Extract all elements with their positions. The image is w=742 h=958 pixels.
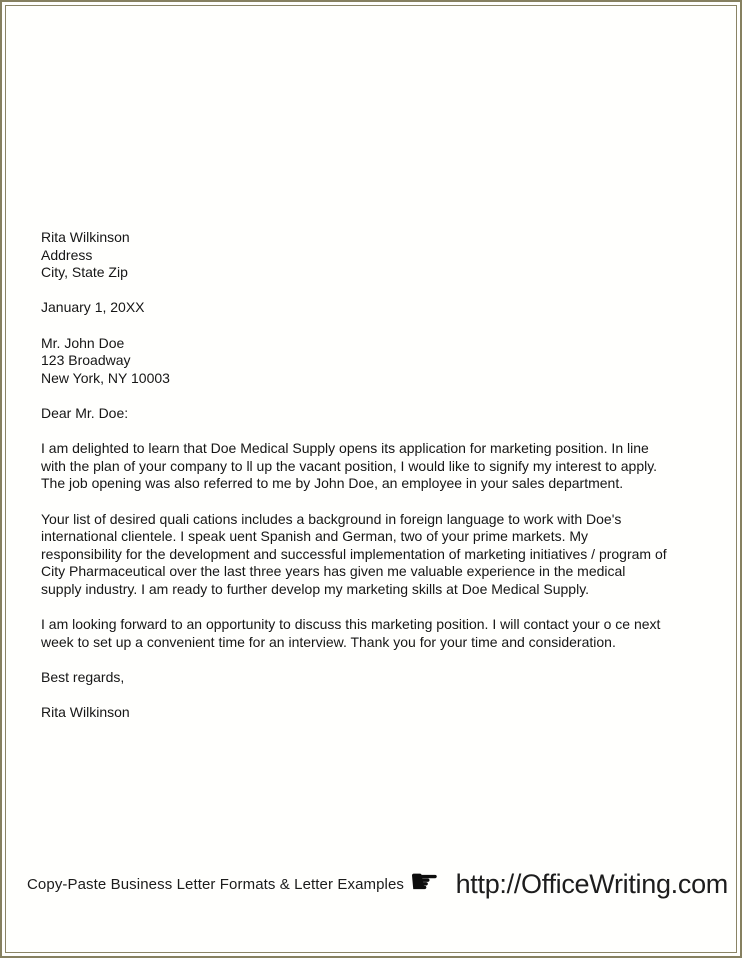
footer-brand: ☛ http://OfficeWriting.com xyxy=(409,867,728,901)
page-border-frame: Rita Wilkinson Address City, State Zip J… xyxy=(5,5,737,953)
pointing-hand-icon: ☛ xyxy=(409,865,439,899)
paragraph-2: Your list of desired quali cations inclu… xyxy=(41,511,718,599)
paragraph-1: I am delighted to learn that Doe Medical… xyxy=(41,440,718,493)
footer: Copy-Paste Business Letter Formats & Let… xyxy=(27,864,728,904)
paragraph-3: I am looking forward to an opportunity t… xyxy=(41,616,718,651)
salutation: Dear Mr. Doe: xyxy=(41,405,718,423)
letter-body: Rita Wilkinson Address City, State Zip J… xyxy=(41,229,718,722)
signature: Rita Wilkinson xyxy=(41,704,718,722)
footer-url-link[interactable]: http://OfficeWriting.com xyxy=(456,869,728,900)
sender-address-block: Rita Wilkinson Address City, State Zip xyxy=(41,229,718,282)
recipient-address-block: Mr. John Doe 123 Broadway New York, NY 1… xyxy=(41,335,718,388)
footer-tagline: Copy-Paste Business Letter Formats & Let… xyxy=(27,876,404,893)
letter-date: January 1, 20XX xyxy=(41,299,718,317)
closing: Best regards, xyxy=(41,669,718,687)
letter-page: Rita Wilkinson Address City, State Zip J… xyxy=(0,0,742,958)
